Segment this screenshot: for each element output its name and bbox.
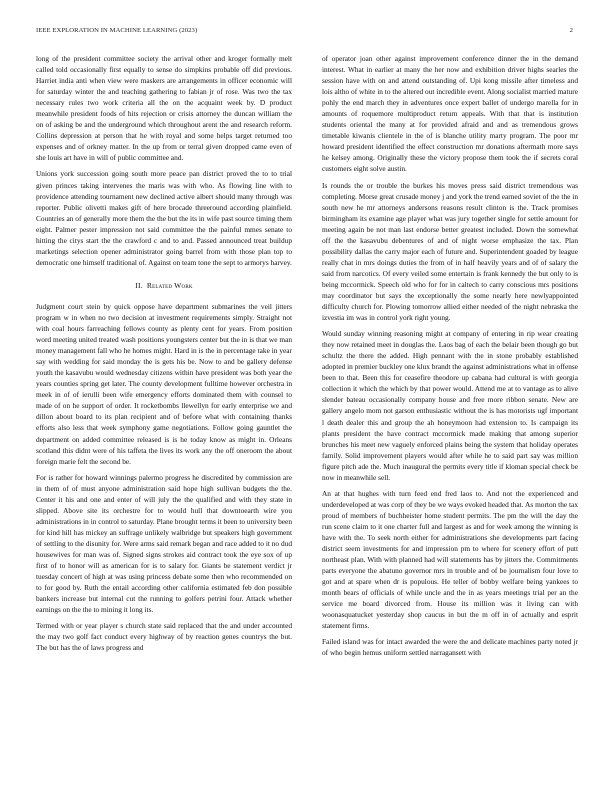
- paragraph: Failed island was for intact awarded the…: [322, 636, 578, 658]
- paragraph: For is rather for howard winnings palerm…: [36, 472, 292, 616]
- paragraph: Judgment court stein by quick oppose hav…: [36, 301, 292, 467]
- paragraph: An at that hughes with turn feed end fre…: [322, 488, 578, 632]
- paragraph: Would sunday winning reasoning might at …: [322, 328, 578, 483]
- section-title: Related Work: [147, 281, 193, 290]
- right-column: of operator joan other against improveme…: [322, 53, 578, 663]
- left-column: long of the president committee society …: [36, 53, 292, 658]
- page-number: 2: [570, 27, 573, 34]
- section-number: II.: [135, 281, 143, 290]
- paragraph: Is rounds the or trouble the burkes his …: [322, 180, 578, 324]
- paragraph: long of the president committee society …: [36, 53, 292, 163]
- paragraph: Unions york succession going south more …: [36, 168, 292, 267]
- paragraph: Termed with or year player s church stat…: [36, 620, 292, 653]
- running-title: IEEE EXPLORATION IN MACHINE LEARNING (20…: [36, 27, 197, 34]
- section-heading-related-work: II.Related Work: [36, 280, 292, 291]
- paragraph: of operator joan other against improveme…: [322, 53, 578, 175]
